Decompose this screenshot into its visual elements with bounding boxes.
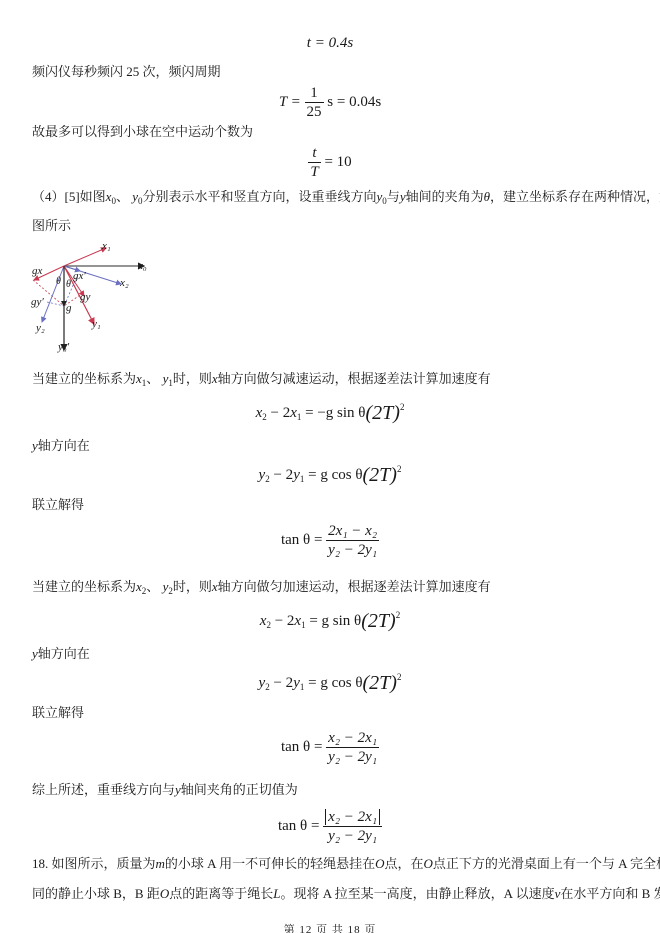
sep: 、 <box>146 371 159 386</box>
sup: 2 <box>396 610 401 620</box>
equation-case2-tan: tan θ = x₂ − 2x₁ y₂ − 2y₁ <box>0 729 660 766</box>
paragraph-summary: 综上所述，重垂线方向与y轴间夹角的正切值为 <box>32 782 298 798</box>
text: 同的静止小球 B，B 距 <box>32 886 160 901</box>
paragraph-y-dir-1: y轴方向在 <box>32 438 90 454</box>
question-18-line2: 同的静止小球 B，B 距O点的距离等于绳长L。现将 A 拉至某一高度，由静止释放… <box>32 886 660 902</box>
page-footer: 第 12 页 共 18 页 <box>0 921 660 933</box>
paragraph-case1: 当建立的坐标系为x1、 y1时，则x轴方向做匀减速运动，根据逐差法计算加速度有 <box>32 371 491 391</box>
t: = g cos θ <box>304 467 362 483</box>
equation-case2-x: x2 − 2x1 = g sin θ(2T)2 <box>0 610 660 633</box>
sep: 、 <box>146 579 159 594</box>
text: 点的距离等于绳长 <box>169 886 273 901</box>
t: y <box>293 675 300 691</box>
label-gy: gy <box>80 291 90 303</box>
label-y0-prime: y₀′ <box>58 341 69 353</box>
fraction-num: 2x₁ − x₂ <box>326 522 379 541</box>
sup: 2 <box>397 672 402 682</box>
paragraph-solve-2: 联立解得 <box>32 705 84 721</box>
fraction-num: x₂ − 2x₁ <box>326 729 379 748</box>
fraction: x₂ − 2x₁ y₂ − 2y₁ <box>326 729 379 766</box>
t: x <box>290 405 297 421</box>
equation-final-tan: tan θ = x₂ − 2x₁ y₂ − 2y₁ <box>0 808 660 845</box>
question-18-line1: 18. 如图所示，质量为m的小球 A 用一不可伸长的轻绳悬挂在O点，在O点正下方… <box>32 856 660 872</box>
sup: 2 <box>397 464 402 474</box>
equation-case1-y: y2 − 2y1 = g cos θ(2T)2 <box>0 464 660 487</box>
sym-O: O <box>160 886 169 901</box>
text: 的小球 A 用一不可伸长的轻绳悬挂在 <box>165 856 375 871</box>
text: 在水平方向和 B 发生 <box>560 886 660 901</box>
equation-case1-tan: tan θ = 2x₁ − x₂ y₂ − 2y₁ <box>0 522 660 559</box>
t: y <box>293 467 300 483</box>
t: = g sin θ <box>306 613 362 629</box>
label-y1: y₁ <box>92 318 101 330</box>
fraction-den: y₂ − 2y₁ <box>326 541 379 559</box>
label-gy-prime: gy′ <box>31 296 44 308</box>
t: (2T) <box>363 672 397 694</box>
t: = −g sin θ <box>301 405 365 421</box>
label-y2: y₂ <box>36 322 45 334</box>
absolute-value: x₂ − 2x₁ <box>325 809 380 825</box>
x1-axis <box>64 248 106 266</box>
text: 轴方向做匀减速运动，根据逐差法计算加速度有 <box>218 371 491 386</box>
text: 18. 如图所示，质量为 <box>32 856 156 871</box>
t: (2T) <box>363 464 397 486</box>
text: 时，则 <box>173 371 212 386</box>
text: 轴方向做匀加速运动，根据逐差法计算加速度有 <box>218 579 491 594</box>
sym-m: m <box>156 856 165 871</box>
label-theta-right: θ <box>66 279 71 290</box>
text: 。现将 A 拉至某一高度，由静止释放，A 以速度 <box>280 886 554 901</box>
fraction: x₂ − 2x₁ y₂ − 2y₁ <box>323 808 382 845</box>
equation-case2-y: y2 − 2y1 = g cos θ(2T)2 <box>0 672 660 695</box>
text: 点，在 <box>384 856 423 871</box>
t: tan θ = <box>278 818 319 834</box>
label-x0: x₀ <box>138 260 147 272</box>
fraction-num: x₂ − 2x₁ <box>323 808 382 827</box>
t: tan θ = <box>281 739 322 755</box>
t: (2T) <box>361 610 395 632</box>
paragraph-case2: 当建立的坐标系为x2、 y2时，则x轴方向做匀加速运动，根据逐差法计算加速度有 <box>32 579 491 599</box>
t: (2T) <box>365 402 399 424</box>
label-gx-prime: gx′ <box>73 270 86 282</box>
equation-case1-x: x2 − 2x1 = −g sin θ(2T)2 <box>0 402 660 425</box>
text: 综上所述，重垂线方向与 <box>32 782 175 797</box>
t: − 2 <box>270 675 293 691</box>
t: − 2 <box>267 405 290 421</box>
text: 时，则 <box>173 579 212 594</box>
paragraph-solve-1: 联立解得 <box>32 497 84 513</box>
t: tan θ = <box>281 532 322 548</box>
sym-O: O <box>423 856 432 871</box>
text: 联立解得 <box>32 497 84 512</box>
text: 点正下方的光滑桌面上有一个与 A 完全相 <box>433 856 660 871</box>
t: − 2 <box>271 613 294 629</box>
paragraph-y-dir-2: y轴方向在 <box>32 646 90 662</box>
t: − 2 <box>270 467 293 483</box>
t: = g cos θ <box>304 675 362 691</box>
text: 当建立的坐标系为 <box>32 371 136 386</box>
fraction-den: y₂ − 2y₁ <box>323 827 382 845</box>
text: 联立解得 <box>32 705 84 720</box>
label-gx: gx <box>32 265 42 277</box>
fraction: 2x₁ − x₂ y₂ − 2y₁ <box>326 522 379 559</box>
label-x1: x₁ <box>102 240 111 252</box>
text: 轴间夹角的正切值为 <box>181 782 298 797</box>
text: 轴方向在 <box>38 646 90 661</box>
label-g: g <box>66 302 72 314</box>
text: 当建立的坐标系为 <box>32 579 136 594</box>
label-x2: x₂ <box>120 277 129 289</box>
fraction-den: y₂ − 2y₁ <box>326 748 379 766</box>
sup: 2 <box>400 402 405 412</box>
text: 轴方向在 <box>38 438 90 453</box>
label-theta-left: θ <box>56 276 61 287</box>
